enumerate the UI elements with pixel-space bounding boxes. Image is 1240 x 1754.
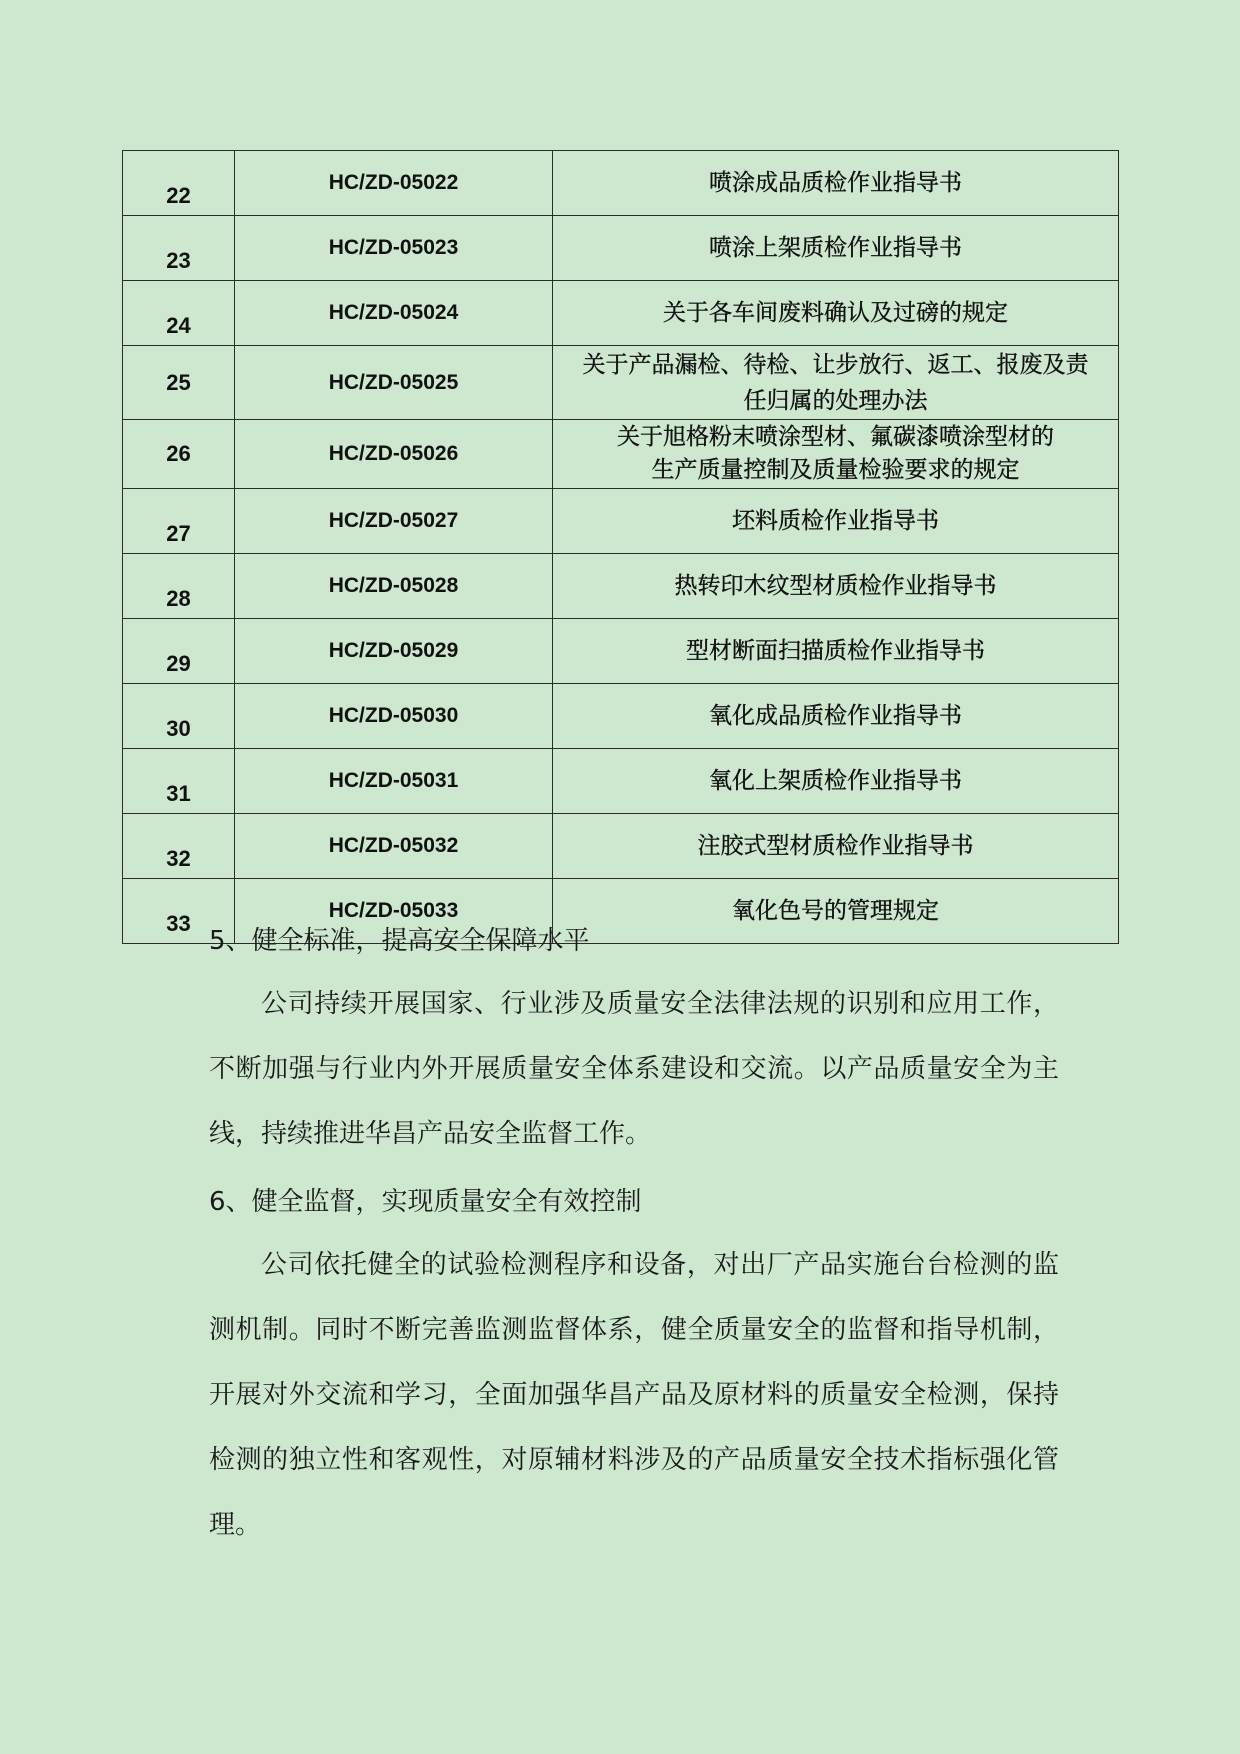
document-title: 喷涂上架质检作业指导书: [553, 216, 1119, 281]
table-row: 32 HC/ZD-05032 注胶式型材质检作业指导书: [123, 814, 1119, 879]
document-title-line: 关于旭格粉末喷涂型材、氟碳漆喷涂型材的: [553, 421, 1118, 454]
document-code: HC/ZD-05029: [235, 619, 553, 684]
document-code: HC/ZD-05024: [235, 281, 553, 346]
table-row: 23 HC/ZD-05023 喷涂上架质检作业指导书: [123, 216, 1119, 281]
document-title-line: 任归属的处理办法: [553, 383, 1118, 419]
document-title-line: 关于产品漏检、待检、让步放行、返工、报废及责: [553, 347, 1118, 383]
section-body-5: 公司持续开展国家、行业涉及质量安全法律法规的识别和应用工作，不断加强与行业内外开…: [209, 972, 1059, 1167]
row-number: 31: [123, 749, 235, 814]
document-code: HC/ZD-05026: [235, 420, 553, 489]
table-row: 22 HC/ZD-05022 喷涂成品质检作业指导书: [123, 151, 1119, 216]
document-title: 坯料质检作业指导书: [553, 489, 1119, 554]
table-row: 27 HC/ZD-05027 坯料质检作业指导书: [123, 489, 1119, 554]
row-number: 27: [123, 489, 235, 554]
section-heading-5: 5、健全标准，提高安全保障水平: [209, 920, 590, 957]
row-number: 24: [123, 281, 235, 346]
table-row: 31 HC/ZD-05031 氧化上架质检作业指导书: [123, 749, 1119, 814]
table-row: 24 HC/ZD-05024 关于各车间废料确认及过磅的规定: [123, 281, 1119, 346]
document-title: 氧化上架质检作业指导书: [553, 749, 1119, 814]
row-number: 29: [123, 619, 235, 684]
section-body-6: 公司依托健全的试验检测程序和设备，对出厂产品实施台台检测的监测机制。同时不断完善…: [209, 1233, 1059, 1558]
row-number: 30: [123, 684, 235, 749]
document-title: 喷涂成品质检作业指导书: [553, 151, 1119, 216]
document-title: 关于产品漏检、待检、让步放行、返工、报废及责 任归属的处理办法: [553, 346, 1119, 420]
table-row: 28 HC/ZD-05028 热转印木纹型材质检作业指导书: [123, 554, 1119, 619]
document-code: HC/ZD-05031: [235, 749, 553, 814]
table-row: 26 HC/ZD-05026 关于旭格粉末喷涂型材、氟碳漆喷涂型材的 生产质量控…: [123, 420, 1119, 489]
document-code: HC/ZD-05030: [235, 684, 553, 749]
document-title: 注胶式型材质检作业指导书: [553, 814, 1119, 879]
document-code: HC/ZD-05028: [235, 554, 553, 619]
table-row: 25 HC/ZD-05025 关于产品漏检、待检、让步放行、返工、报废及责 任归…: [123, 346, 1119, 420]
document-title: 型材断面扫描质检作业指导书: [553, 619, 1119, 684]
document-title: 氧化成品质检作业指导书: [553, 684, 1119, 749]
table-row: 29 HC/ZD-05029 型材断面扫描质检作业指导书: [123, 619, 1119, 684]
paragraph: 公司持续开展国家、行业涉及质量安全法律法规的识别和应用工作，不断加强与行业内外开…: [209, 972, 1059, 1167]
document-title: 关于各车间废料确认及过磅的规定: [553, 281, 1119, 346]
row-number: 23: [123, 216, 235, 281]
document-code: HC/ZD-05023: [235, 216, 553, 281]
document-title-line: 生产质量控制及质量检验要求的规定: [553, 454, 1118, 487]
document-title: 热转印木纹型材质检作业指导书: [553, 554, 1119, 619]
row-number: 28: [123, 554, 235, 619]
document-code: HC/ZD-05032: [235, 814, 553, 879]
document-title: 关于旭格粉末喷涂型材、氟碳漆喷涂型材的 生产质量控制及质量检验要求的规定: [553, 420, 1119, 489]
row-number: 26: [123, 420, 235, 489]
table-row: 30 HC/ZD-05030 氧化成品质检作业指导书: [123, 684, 1119, 749]
paragraph: 公司依托健全的试验检测程序和设备，对出厂产品实施台台检测的监测机制。同时不断完善…: [209, 1233, 1059, 1558]
document-code: HC/ZD-05022: [235, 151, 553, 216]
row-number: 25: [123, 346, 235, 420]
row-number: 32: [123, 814, 235, 879]
document-code: HC/ZD-05027: [235, 489, 553, 554]
document-code: HC/ZD-05025: [235, 346, 553, 420]
section-heading-6: 6、健全监督，实现质量安全有效控制: [209, 1181, 642, 1218]
document-register-table: 22 HC/ZD-05022 喷涂成品质检作业指导书 23 HC/ZD-0502…: [122, 150, 1119, 944]
document-title: 氧化色号的管理规定: [553, 879, 1119, 944]
row-number: 22: [123, 151, 235, 216]
